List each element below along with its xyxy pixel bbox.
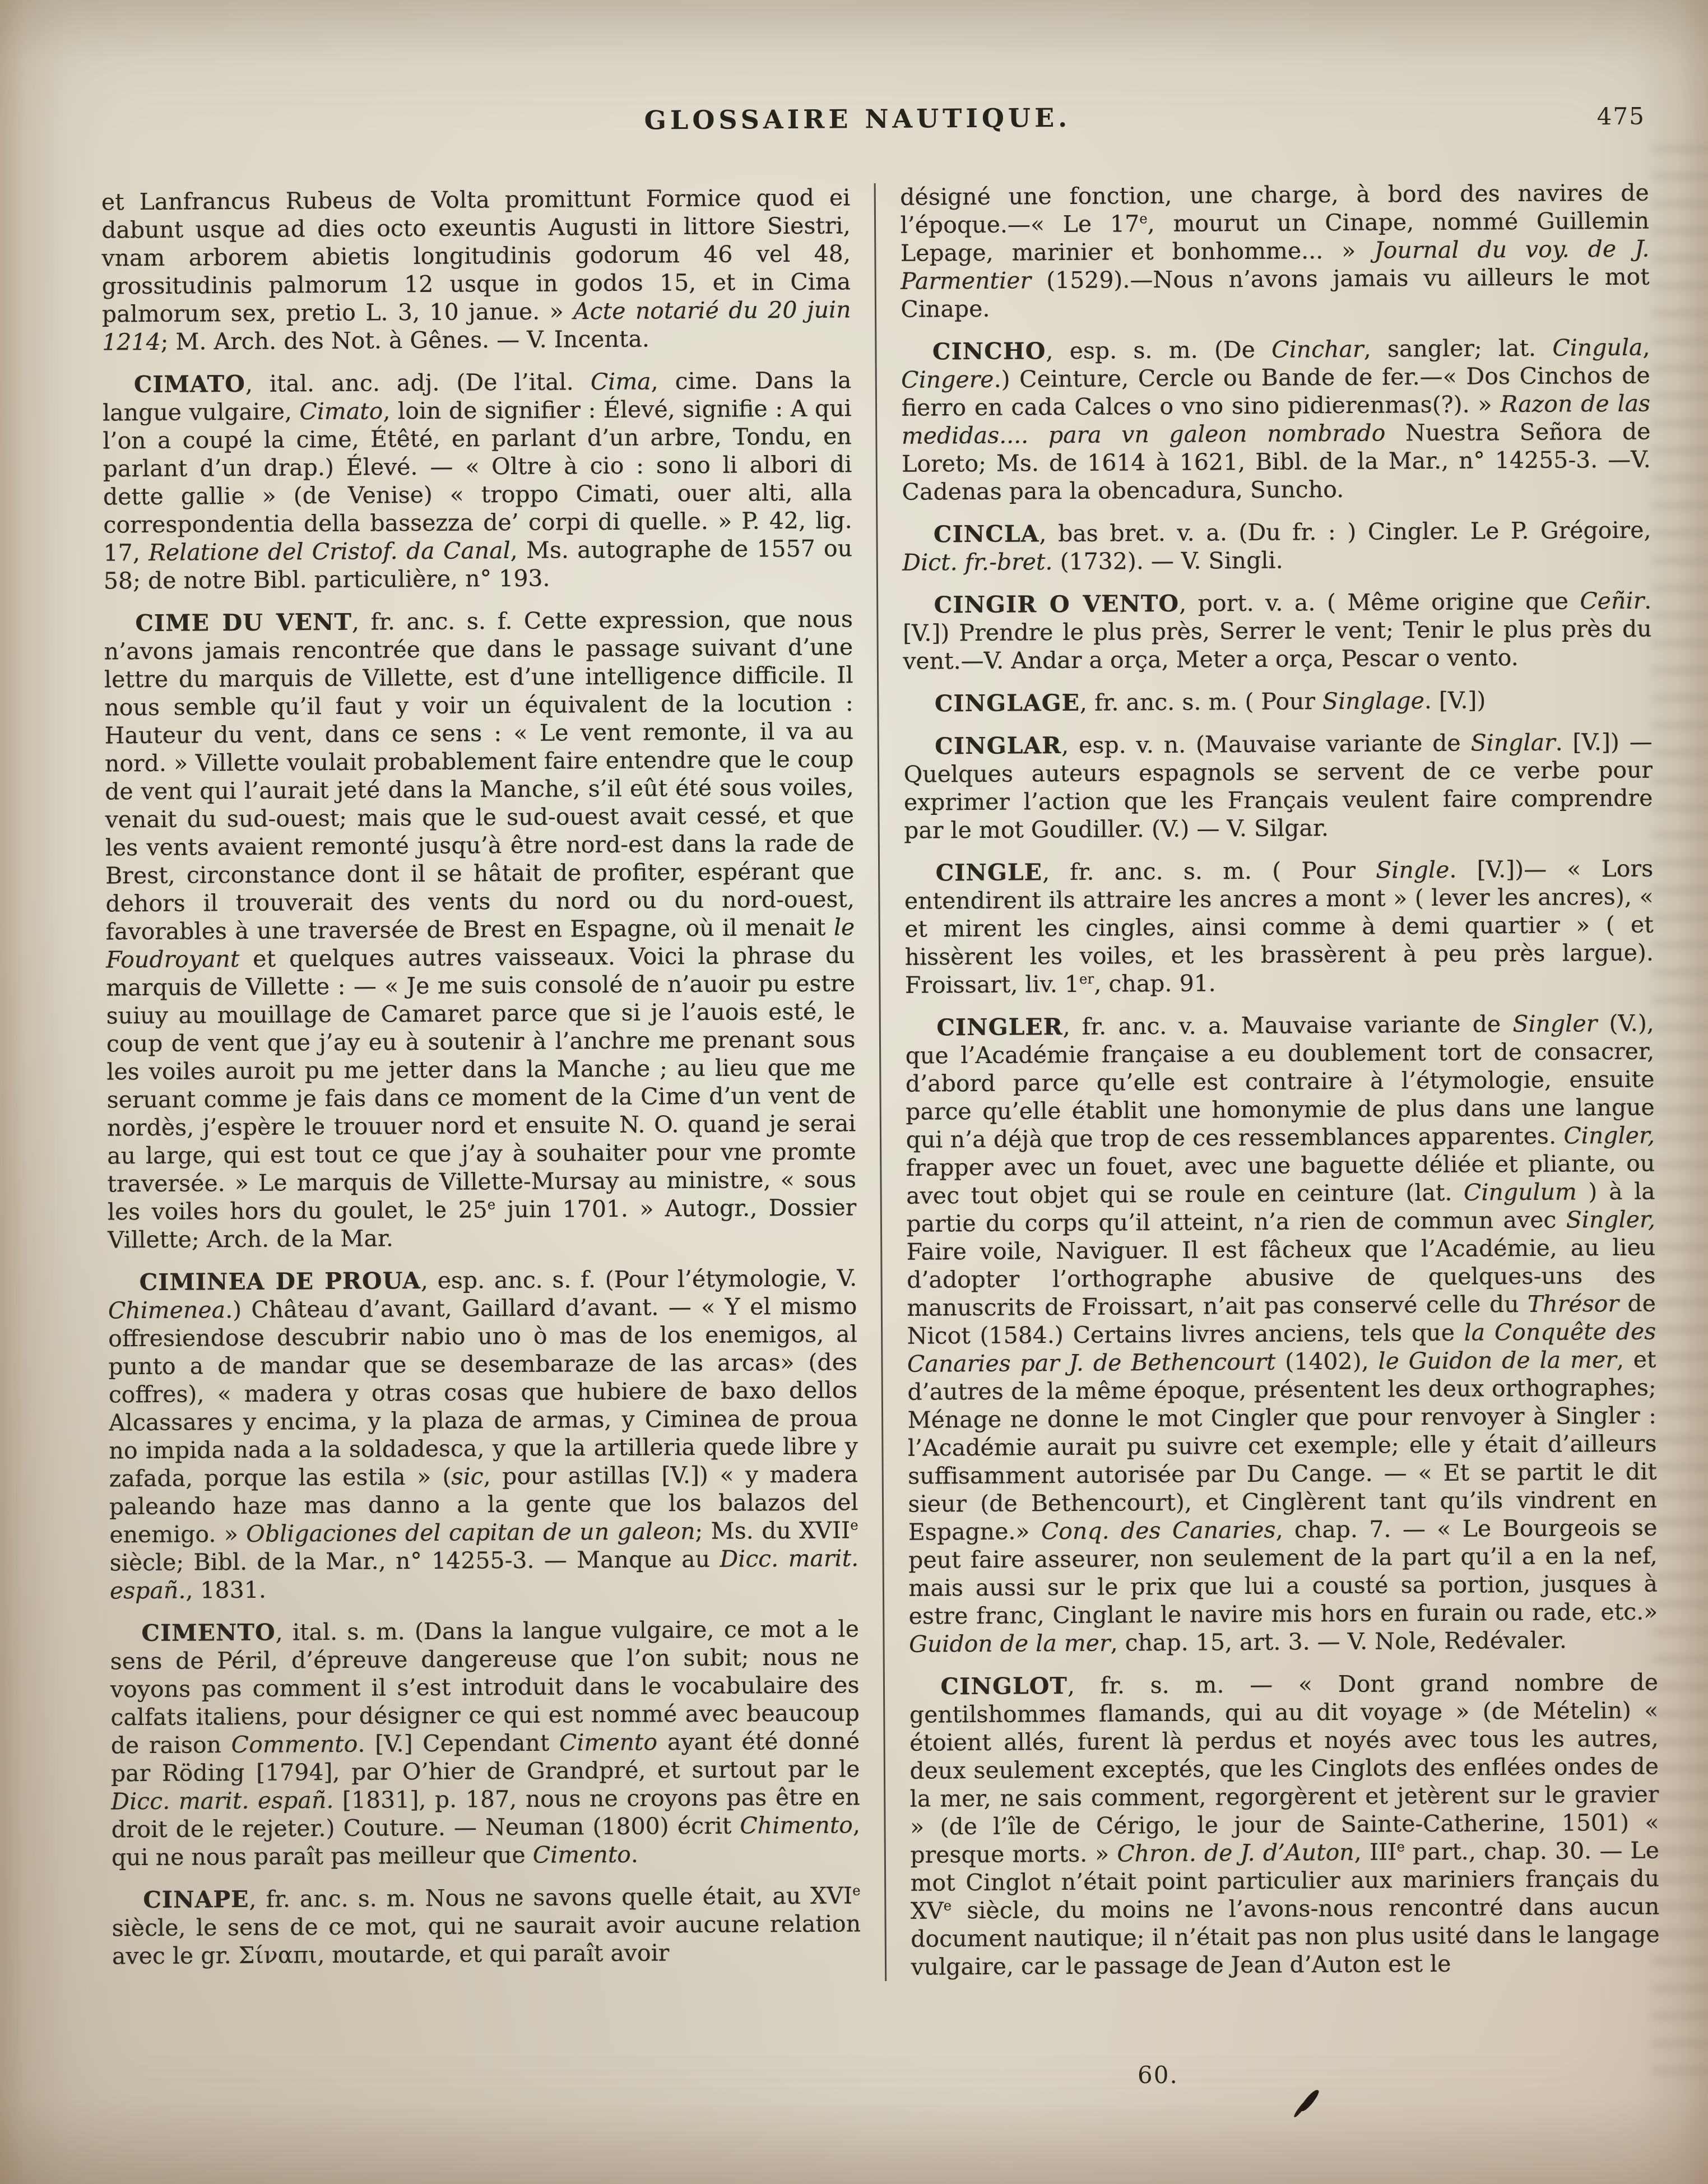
text-segment: Relatione del Cristof. da Canal <box>148 537 510 566</box>
text-segment: Cingula <box>1552 334 1642 361</box>
text-segment: Cimato <box>299 397 383 425</box>
text-segment: Cingere <box>901 366 994 393</box>
entry-cincho: CINCHO, esp. s. m. (De Cinchar, sangler;… <box>901 333 1651 506</box>
text-segment: , esp. v. n. (Mauvaise variante de <box>1061 730 1471 759</box>
text-segment: Singlar <box>1470 729 1555 757</box>
page-content: GLOSSAIRE NAUTIQUE. 475 et Lanfrancus Ru… <box>101 99 1660 1986</box>
text-segment: CINGIR O VENTO <box>934 590 1180 619</box>
text-segment: CINCLA <box>934 520 1039 548</box>
text-segment: e <box>850 1517 858 1533</box>
entry-cingle: CINGLE, fr. anc. s. m. ( Pour Single. [V… <box>904 855 1654 999</box>
text-segment: (1402), <box>1275 1348 1378 1375</box>
text-segment: Ceñir <box>1580 587 1644 615</box>
entry-cime-du-vent: CIME DU VENT, fr. anc. s. f. Cette expre… <box>104 605 857 1254</box>
text-segment: CINGLAGE <box>935 689 1080 717</box>
text-segment: Cingler, <box>1563 1122 1655 1149</box>
text-segment: sic <box>451 1463 483 1490</box>
signature-mark: 60. <box>1138 2061 1178 2089</box>
ink-blot <box>1298 2088 1321 2113</box>
entry-cingler: CINGLER, fr. anc. v. a. Mauvaise variant… <box>905 1009 1658 1658</box>
text-segment: Cinchar <box>1271 336 1364 363</box>
text-segment: Single <box>1376 856 1450 884</box>
text-segment: , fr. anc. s. m. ( Pour <box>1042 857 1376 886</box>
text-segment: , fr. anc. s. m. ( Pour <box>1080 688 1322 716</box>
entry-cinglar: CINGLAR, esp. v. n. (Mauvaise variante d… <box>903 728 1653 845</box>
text-segment: e <box>1396 1839 1405 1855</box>
text-segment: Singler <box>1512 1010 1597 1037</box>
entry-cimato: CIMATO, ital. anc. adj. (De l’ital. Cima… <box>103 366 853 595</box>
text-segment: siècle; Bibl. de la Mar., n° 14255-3. — … <box>109 1546 720 1576</box>
text-segment: Cimento <box>533 1841 631 1868</box>
text-segment: Chimenea <box>108 1296 225 1324</box>
page-header: GLOSSAIRE NAUTIQUE. 475 <box>101 99 1649 160</box>
text-segment: CINGLOT <box>940 1672 1067 1700</box>
text-segment: siècle, du moins ne l’avons-nous rencont… <box>911 1893 1660 1981</box>
text-segment: Obligaciones del capitan de un galeon <box>246 1518 695 1547</box>
entry-cimento: CIMENTO, ital. s. m. (Dans la langue vul… <box>110 1615 860 1871</box>
text-segment: Cingulum <box>1464 1178 1577 1205</box>
text-segment: , esp. anc. s. f. (Pour l’étymologie, V. <box>421 1264 857 1294</box>
text-segment: et quelques autres vaisseaux. Voici la p… <box>106 942 856 1225</box>
text-segment: , 1831. <box>185 1576 266 1604</box>
text-segment: , fr. anc. s. f. Cette expression, que n… <box>104 605 855 945</box>
text-segment: . [V.] Cependant <box>358 1729 559 1758</box>
text-segment: , sangler; lat. <box>1363 335 1552 363</box>
entry-ciminea-de-proua: CIMINEA DE PROUA, esp. anc. s. f. (Pour … <box>108 1264 858 1605</box>
text-segment: , chap. 91. <box>1094 970 1216 997</box>
text-segment: Dict. fr.-bret. <box>902 548 1053 576</box>
text-segment: Commento <box>231 1731 358 1758</box>
continuation-cinape: désigné une fonction, une charge, à bord… <box>900 179 1650 323</box>
page-number: 475 <box>1597 103 1645 131</box>
entry-cingir-o-vento: CINGIR O VENTO, port. v. a. ( Même origi… <box>903 587 1652 675</box>
text-segment: CINGLAR <box>935 732 1061 759</box>
text-segment: ; M. Arch. des Not. à Gênes. — V. Incent… <box>161 325 649 355</box>
text-segment: , chap. 15, art. 3. — V. Nole, Redévaler… <box>1110 1627 1567 1657</box>
text-segment: CINCHO <box>932 337 1046 365</box>
entry-cincla: CINCLA, bas bret. v. a. (Du fr. : ) Cing… <box>902 516 1651 577</box>
text-segment: , ital. anc. adj. (De l’ital. <box>245 368 591 397</box>
entry-cinape: CINAPE, fr. anc. s. m. Nous ne savons qu… <box>112 1881 861 1970</box>
text-segment: CINGLE <box>936 859 1043 886</box>
text-segment: , port. v. a. ( Même origine que <box>1179 587 1580 616</box>
text-segment: Singlage <box>1322 687 1424 715</box>
right-column: désigné une fonction, une charge, à bord… <box>874 179 1660 1981</box>
text-segment: , III <box>1354 1838 1397 1865</box>
text-segment: er <box>1079 971 1094 987</box>
text-segment: le Guidon de la mer <box>1378 1346 1617 1375</box>
scanned-book-page: GLOSSAIRE NAUTIQUE. 475 et Lanfrancus Ru… <box>0 0 1708 2184</box>
text-segment: Thrésor <box>1528 1290 1619 1318</box>
text-segment: Guidon de la mer <box>909 1630 1111 1658</box>
text-segment: Dicc. marit. españ. <box>111 1787 333 1815</box>
page-bleedthrough <box>1652 146 1708 2083</box>
text-segment: e <box>1139 210 1148 226</box>
text-segment: Chimento <box>740 1811 853 1839</box>
text-segment: . <box>631 1841 638 1868</box>
text-segment: . [V.]) <box>1424 687 1486 714</box>
text-segment: CIME DU VENT <box>135 609 352 637</box>
text-segment: CIMENTO <box>141 1619 275 1647</box>
entry-cinglage: CINGLAGE, fr. anc. s. m. ( Pour Singlage… <box>903 685 1653 718</box>
text-segment: , <box>1642 334 1650 361</box>
text-segment: CINAPE <box>143 1886 249 1913</box>
text-segment: Singler, <box>1566 1206 1655 1234</box>
text-segment: (1732). — V. Singli. <box>1052 547 1283 576</box>
running-title: GLOSSAIRE NAUTIQUE. <box>644 103 1071 136</box>
text-segment: Cima <box>591 368 651 395</box>
text-segment: e <box>852 1882 861 1899</box>
text-segment: Cimento <box>559 1728 657 1756</box>
text-columns: et Lanfrancus Rubeus de Volta promittunt… <box>101 179 1660 1986</box>
left-column: et Lanfrancus Rubeus de Volta promittunt… <box>101 183 885 1986</box>
text-segment: CINGLER <box>936 1013 1063 1041</box>
text-segment: e <box>488 1197 496 1213</box>
text-segment: siècle, le sens de ce mot, qui ne saurai… <box>112 1910 861 1969</box>
text-segment: , esp. s. m. (De <box>1046 336 1271 364</box>
text-segment: e <box>944 1898 952 1914</box>
text-segment: , fr. anc. v. a. Mauvaise variante de <box>1063 1010 1513 1040</box>
text-segment: , bas bret. v. a. (Du fr. : ) Cingler. L… <box>1039 517 1651 548</box>
text-segment: Chron. de J. d’Auton <box>1117 1839 1354 1867</box>
entry-cinglot: CINGLOT, fr. s. m. — « Dont grand nombre… <box>909 1668 1660 1981</box>
text-segment: , fr. anc. s. m. Nous ne savons quelle é… <box>249 1882 852 1913</box>
text-segment: ; Ms. du XVII <box>695 1517 850 1545</box>
text-segment: CIMINEA DE PROUA <box>139 1267 421 1296</box>
text-segment: Conq. des Canaries <box>1041 1517 1276 1545</box>
continuation-paragraph: et Lanfrancus Rubeus de Volta promittunt… <box>101 183 851 356</box>
text-segment: CIMATO <box>134 370 245 398</box>
